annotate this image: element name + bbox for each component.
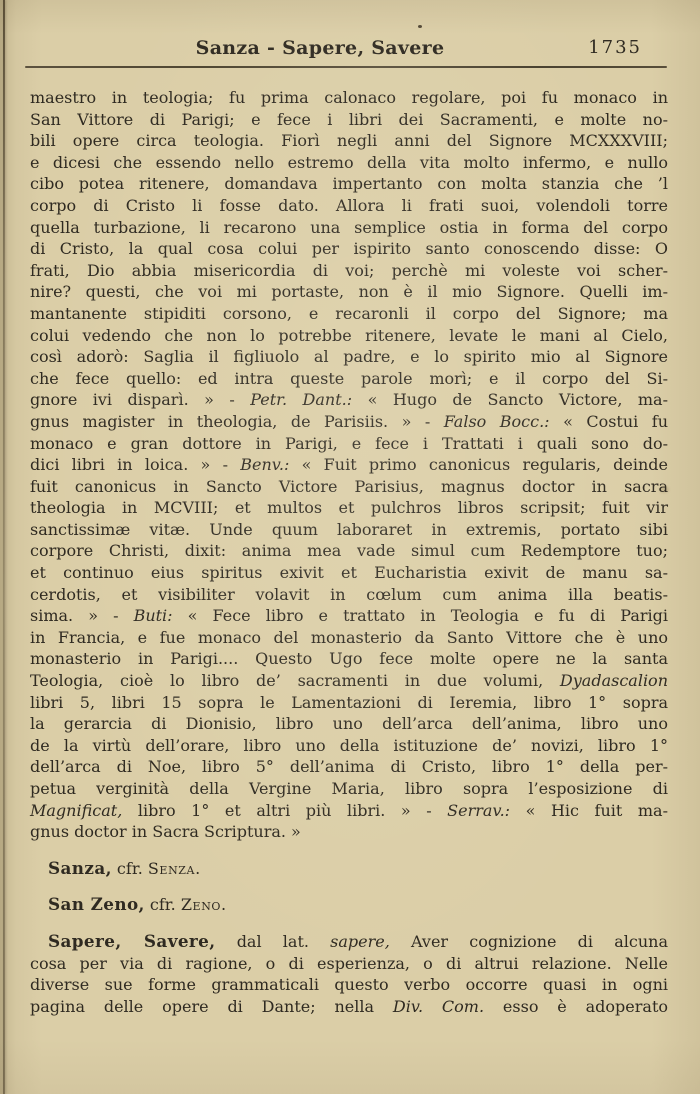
text-line: dici libri in loica. » - Benv.: « Fuit p… [30,454,668,476]
text-line: colui vedendo che non lo potrebbe ritene… [30,325,668,347]
text-line: quella turbazione, li recarono una sempl… [30,217,668,239]
text-line: nire? questi, che voi mi portaste, non è… [30,281,668,303]
text-line: gnore ivi disparì. » - Petr. Dant.: « Hu… [30,389,668,411]
page-number: 1735 [588,37,642,58]
text-line: gnus magister in theologia, de Parisiis.… [30,411,668,433]
text-line: in Francia, e fue monaco del monasterio … [30,627,668,649]
text-line: monasterio in Parigi.... Questo Ugo fece… [30,648,668,670]
text-line: corpo di Cristo li fosse dato. Allora li… [30,195,668,217]
book-page: Sanza - Sapere, Savere 1735 maestro in t… [0,0,700,1094]
text-line: libri 5, libri 15 sopra le Lamentazioni … [30,692,668,714]
entry-sapere-savere: Sapere, Savere, dal lat. sapere, Aver co… [30,931,668,1017]
text-line: e dicesi che essendo nello estremo della… [30,152,668,174]
text-line: Teologia, cioè lo libro de’ sacramenti i… [30,670,668,692]
ink-speck [418,25,422,28]
entry-san-zeno: San Zeno, cfr. Zeno. [30,894,668,916]
text-line: frati, Dio abbia misericordia di voi; pe… [30,260,668,282]
text-line: San Zeno, cfr. Zeno. [30,894,668,916]
text-line: Sanza, cfr. Senza. [30,858,668,880]
text-line: cibo potea ritenere, domandava impertant… [30,173,668,195]
text-line: maestro in teologia; fu prima calonaco r… [30,87,668,109]
text-line: la gerarcia di Dionisio, libro uno dell’… [30,713,668,735]
text-line: corpore Christi, dixit: anima mea vade s… [30,540,668,562]
text-line: monaco e gran dottore in Parigi, e fece … [30,433,668,455]
text-line: di Cristo, la qual cosa colui per ispiri… [30,238,668,260]
text-line: petua verginità della Vergine Maria, lib… [30,778,668,800]
text-line: fuit canonicus in Sancto Victore Parisiu… [30,476,668,498]
text-line: et continuo eius spiritus exivit et Euch… [30,562,668,584]
text-line: mantanente stipiditi corsono, e recaronl… [30,303,668,325]
text-line: theologia in MCVIII; et multos et pulchr… [30,497,668,519]
text-block: maestro in teologia; fu prima calonaco r… [30,87,668,1017]
header-rule [25,66,667,68]
entry-sanza: Sanza, cfr. Senza. [30,858,668,880]
text-line: de la virtù dell’orare, libro uno della … [30,735,668,757]
text-line: Sapere, Savere, dal lat. sapere, Aver co… [30,931,668,953]
text-line: cerdotis, et visibiliter volavit in cœlu… [30,584,668,606]
text-line: cosa per via di ragione, o di esperienza… [30,953,668,975]
text-line: bili opere circa teologia. Fiorì negli a… [30,130,668,152]
text-line: San Vittore di Parigi; e fece i libri de… [30,109,668,131]
text-line: che fece quello: ed intra queste parole … [30,368,668,390]
paragraph-ugo-continuation: maestro in teologia; fu prima calonaco r… [30,87,668,843]
binding-shadow-line [3,0,5,1094]
text-line: dell’arca di Noe, libro 5° dell’anima di… [30,756,668,778]
text-line: sima. » - Buti: « Fece libro e trattato … [30,605,668,627]
text-line: gnus doctor in Sacra Scriptura. » [30,821,668,843]
header-title: Sanza - Sapere, Savere [170,37,470,59]
text-line: così adorò: Saglia il figliuolo al padre… [30,346,668,368]
text-line: Magnificat, libro 1° et altri più libri.… [30,800,668,822]
text-line: diverse sue forme grammaticali questo ve… [30,974,668,996]
text-line: sanctissimæ vitæ. Unde quum laboraret in… [30,519,668,541]
text-line: pagina delle opere di Dante; nella Div. … [30,996,668,1018]
